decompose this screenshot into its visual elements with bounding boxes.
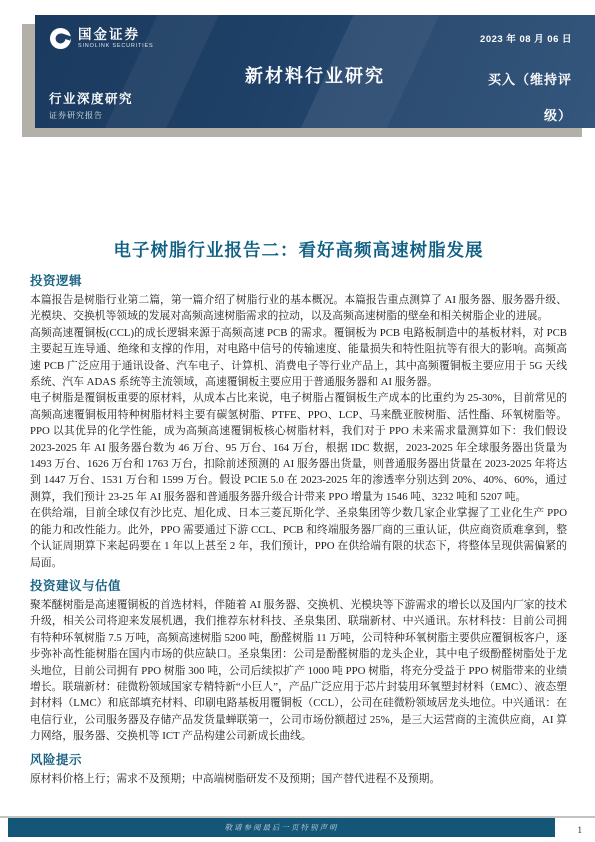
paragraph: 聚苯醚树脂是高速覆铜板的首选材料，伴随着 AI 服务器、交换机、光模块等下游需求… — [30, 597, 567, 745]
page-number: 1 — [578, 825, 583, 835]
logo-text: 国金证券 SINOLINK SECURITIES — [78, 27, 153, 49]
disclaimer-bar: 敬请参阅最后一页特别声明 — [8, 818, 555, 837]
disclaimer-text: 敬请参阅最后一页特别声明 — [225, 822, 339, 833]
header-banner: 国金证券 SINOLINK SECURITIES 2023 年 08 月 06 … — [35, 15, 595, 128]
paragraph: 高频高速覆铜板(CCL)的成长逻辑来源于高频高速 PCB 的需求。覆铜板为 PC… — [30, 325, 567, 391]
logo-company-name: 国金证券 — [78, 27, 153, 42]
report-subcategory: 证券研究报告 — [49, 110, 133, 121]
page-title: 电子树脂行业报告二：看好高频高速树脂发展 — [30, 237, 567, 262]
rating-line1: 买入（维持评 — [432, 62, 572, 98]
paragraph: 在供给端，目前全球仅有沙比克、旭化成、日本三菱瓦斯化学、圣泉集团等少数几家企业掌… — [30, 505, 567, 571]
section-heading-investment-logic: 投资逻辑 — [30, 271, 567, 289]
paragraph: 本篇报告是树脂行业第二篇，第一篇介绍了树脂行业的基本概况。本篇报告重点测算了 A… — [30, 292, 567, 325]
rating-line2: 级） — [432, 98, 572, 134]
report-category-block: 行业深度研究 证券研究报告 — [49, 89, 133, 121]
section-heading-risk: 风险提示 — [30, 750, 567, 768]
sinolink-logo-icon — [49, 27, 72, 50]
rating-badge: 买入（维持评 级） — [432, 62, 572, 134]
paragraph: 电子树脂是覆铜板重要的原材料，从成本占比来说，电子树脂占覆铜板生产成本的比重约为… — [30, 390, 567, 505]
page-footer: 敬请参阅最后一页特别声明 1 — [0, 816, 595, 837]
section-heading-investment-advice: 投资建议与估值 — [30, 576, 567, 594]
logo-company-name-en: SINOLINK SECURITIES — [78, 43, 153, 49]
logo: 国金证券 SINOLINK SECURITIES — [49, 27, 153, 50]
paragraph: 原材料价格上行；需求不及预期；中高端树脂研发不及预期；国产替代进程不及预期。 — [30, 771, 567, 787]
report-body: 电子树脂行业报告二：看好高频高速树脂发展 投资逻辑 本篇报告是树脂行业第二篇，第… — [30, 237, 567, 787]
report-category: 行业深度研究 — [49, 89, 133, 107]
report-date: 2023 年 08 月 06 日 — [480, 31, 572, 45]
report-page: 国金证券 SINOLINK SECURITIES 2023 年 08 月 06 … — [0, 0, 595, 842]
